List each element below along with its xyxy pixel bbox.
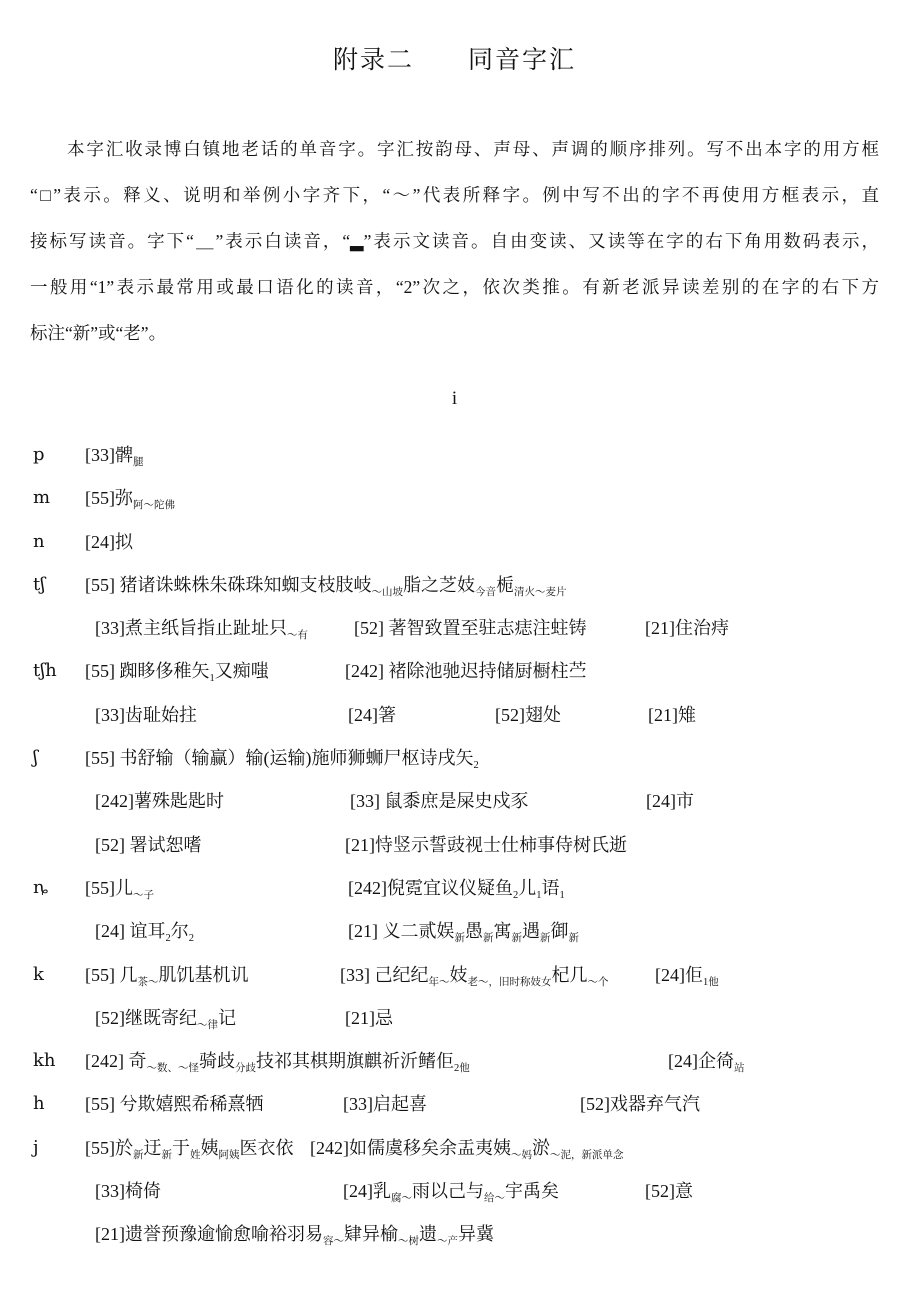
initial-label: ʃ — [33, 749, 38, 767]
phonetic-row-continuation: [21]遗誉预豫逾愉愈喻裕羽易容～肄异榆～树遗～产异冀 — [0, 1216, 909, 1259]
entry: [242]倪霓宜议仪疑鱼2儿1语1 — [348, 879, 565, 898]
entry: [21]恃竖示誓豉视士仕柿事侍树氏逝 — [345, 836, 627, 854]
phonetic-row-sh: ʃ [55] 书舒输（输赢）输(运输)施师狮蛳尸枢诗戌矢2 — [0, 740, 909, 783]
syllabary-rows: p [33]髀腿 m [55]弥阿～陀佛 n [24]拟 tʃ [55] 猪诸诛… — [0, 437, 909, 1260]
initial-label: n — [33, 533, 45, 551]
entry: [242] 褚除池驰迟持储厨橱柱苎 — [345, 662, 587, 680]
entry: [55]弥阿～陀佛 — [85, 489, 175, 508]
entry: [24]市 — [646, 792, 694, 810]
phonetic-row-continuation: [24] 谊耳2尔2 [21] 义二贰娱新愚新寓新遇新御新 — [0, 913, 909, 956]
entry: [33]启起喜 — [343, 1095, 427, 1113]
entry: [21]雉 — [648, 706, 696, 724]
initial-label: j — [33, 1139, 39, 1157]
intro-line: “□”表示。释义、说明和举例小字齐下，“～”代表所释字。例中写不出的字不再使用方… — [30, 172, 879, 218]
intro-line: 标注“新”或“老”。 — [30, 310, 879, 356]
phonetic-row-kh: kh [242] 奇～数、～怪骑歧分歧技祁其棋期旗麒祈沂鳍佢2他 [24]企徛站 — [0, 1043, 909, 1086]
phonetic-row-tshh: tʃh [55] 踟眵侈稚矢1又痴嗤 [242] 褚除池驰迟持储厨橱柱苎 — [0, 653, 909, 696]
phonetic-row-continuation: [52] 署试恕嗜 [21]恃竖示誓豉视士仕柿事侍树氏逝 — [0, 827, 909, 870]
phonetic-row-h: h [55] 兮欺嬉熙希稀熹牺 [33]启起喜 [52]戏器弃气汽 — [0, 1086, 909, 1129]
initial-label: tʃh — [33, 662, 57, 680]
entry: [33]椅倚 — [95, 1182, 161, 1200]
entry: [52]戏器弃气汽 — [580, 1095, 700, 1113]
phonetic-row-p: p [33]髀腿 — [0, 437, 909, 480]
phonetic-row-k: k [55] 几茶～肌饥基机讥 [33] 己纪纪年～妓老～，旧时称妓女杞几～个 … — [0, 957, 909, 1000]
entry: [55] 几茶～肌饥基机讥 — [85, 966, 249, 985]
phonetic-row-n: n [24]拟 — [0, 524, 909, 567]
entry: [33]髀腿 — [85, 446, 144, 465]
intro-line: 一般用“1”表示最常用或最口语化的读音，“2”次之，依次类推。有新老派异读差别的… — [30, 264, 879, 310]
phonetic-row-ny: ȵ [55]儿～子 [242]倪霓宜议仪疑鱼2儿1语1 — [0, 870, 909, 913]
phonetic-row-tsh: tʃ [55] 猪诸诛蛛株朱硃珠知蜘支枝肢岐～山坡脂之芝妓今音栀清火～麦片 — [0, 567, 909, 610]
entry: [21]忌 — [345, 1009, 393, 1027]
entry: [242]如儒虞移矣余盂夷姨～妈淤～泥，新派单念 — [310, 1139, 624, 1158]
entry: [24] 谊耳2尔2 — [95, 922, 194, 941]
phonetic-row-continuation: [242]薯殊匙匙时 [33] 鼠黍庶是屎史戍豕 [24]市 — [0, 783, 909, 826]
entry: [52] 著智致置至驻志痣注蛀铸 — [354, 619, 587, 637]
entry: [21] 义二贰娱新愚新寓新遇新御新 — [348, 922, 579, 941]
initial-label: m — [33, 489, 50, 507]
phonetic-row-continuation: [33]煮主纸旨指止趾址只～有 [52] 著智致置至驻志痣注蛀铸 [21]住治痔 — [0, 610, 909, 653]
intro-paragraph: 本字汇收录博白镇地老话的单音字。字汇按韵母、声母、声调的顺序排列。写不出本字的用… — [30, 126, 879, 356]
entry: [24]拟 — [85, 533, 133, 551]
entry: [24]箸 — [348, 706, 396, 724]
phonetic-row-continuation: [33]齿耻始拄 [24]箸 [52]翅处 [21]雉 — [0, 697, 909, 740]
entry: [55]儿～子 — [85, 879, 154, 898]
phonetic-row-m: m [55]弥阿～陀佛 — [0, 480, 909, 523]
entry: [52]翅处 — [495, 706, 561, 724]
intro-line: 本字汇收录博白镇地老话的单音字。字汇按韵母、声母、声调的顺序排列。写不出本字的用… — [30, 126, 879, 172]
entry: [24]企徛站 — [668, 1052, 745, 1071]
initial-label: p — [33, 446, 45, 464]
initial-label: k — [33, 966, 44, 984]
entry: [55] 踟眵侈稚矢1又痴嗤 — [85, 662, 269, 681]
entry: [33] 鼠黍庶是屎史戍豕 — [350, 792, 529, 810]
intro-line: 接标写读音。字下“＿”表示白读音，“▂”表示文读音。自由变读、又读等在字的右下角… — [30, 218, 879, 264]
entry: [242]薯殊匙匙时 — [95, 792, 224, 810]
entry: [52]意 — [645, 1182, 693, 1200]
initial-label: kh — [33, 1052, 56, 1070]
page-title: 附录二 同音字汇 — [0, 40, 909, 76]
entry: [55] 书舒输（输赢）输(运输)施师狮蛳尸枢诗戌矢2 — [85, 749, 479, 768]
entry: [55] 兮欺嬉熙希稀熹牺 — [85, 1095, 264, 1113]
entry: [33] 己纪纪年～妓老～，旧时称妓女杞几～个 — [340, 966, 609, 985]
entry: [52]继既寄纪～律记 — [95, 1009, 236, 1028]
entry: [33]齿耻始拄 — [95, 706, 197, 724]
section-heading-i: i — [0, 388, 909, 410]
entry: [24]佢1他 — [655, 966, 719, 985]
entry: [24]乳腐～雨以己与给～宇禹矣 — [343, 1182, 559, 1201]
entry: [55] 猪诸诛蛛株朱硃珠知蜘支枝肢岐～山坡脂之芝妓今音栀清火～麦片 — [85, 576, 567, 595]
initial-label: h — [33, 1095, 45, 1113]
entry: [21]遗誉预豫逾愉愈喻裕羽易容～肄异榆～树遗～产异冀 — [95, 1225, 494, 1244]
entry: [55]於新迂新于姓姨阿姨医衣依 — [85, 1139, 294, 1158]
entry: [242] 奇～数、～怪骑歧分歧技祁其棋期旗麒祈沂鳍佢2他 — [85, 1052, 470, 1071]
entry: [33]煮主纸旨指止趾址只～有 — [95, 619, 308, 638]
phonetic-row-j: j [55]於新迂新于姓姨阿姨医衣依 [242]如儒虞移矣余盂夷姨～妈淤～泥，新… — [0, 1130, 909, 1173]
initial-label: ȵ — [33, 879, 48, 897]
phonetic-row-continuation: [33]椅倚 [24]乳腐～雨以己与给～宇禹矣 [52]意 — [0, 1173, 909, 1216]
entry: [52] 署试恕嗜 — [95, 836, 202, 854]
entry: [21]住治痔 — [645, 619, 729, 637]
initial-label: tʃ — [33, 576, 45, 594]
phonetic-row-continuation: [52]继既寄纪～律记 [21]忌 — [0, 1000, 909, 1043]
